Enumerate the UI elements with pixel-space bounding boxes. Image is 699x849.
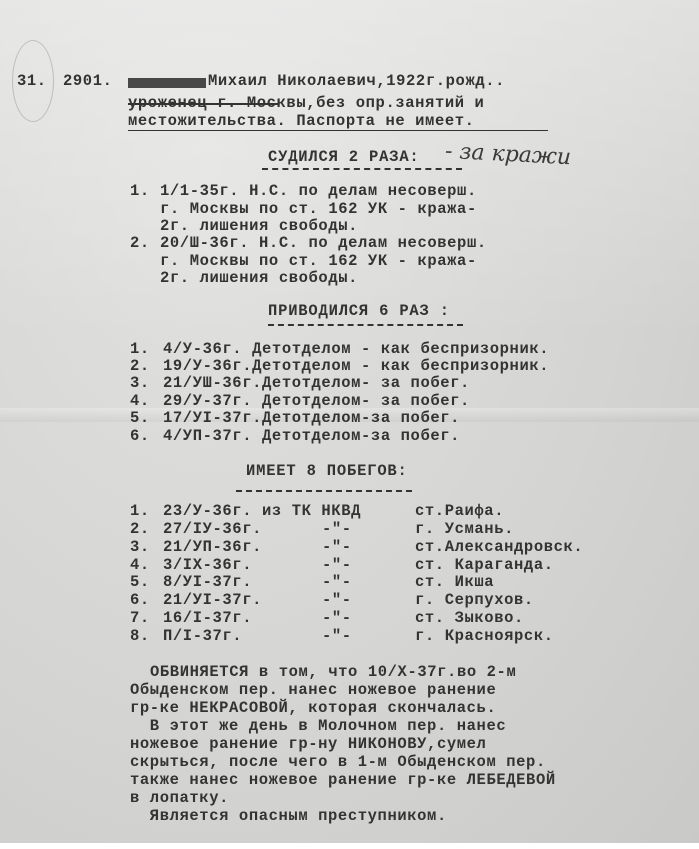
- case-number: 2901.: [63, 72, 113, 90]
- detention-2-number: 2.: [130, 357, 150, 375]
- escapes-title: ИМЕЕТ 8 ПОБЕГОВ:: [246, 462, 408, 480]
- handwritten-note: - за кражи: [444, 139, 571, 171]
- escape-7-place: ст. Зыково.: [415, 609, 524, 627]
- accusation-line-8: в лопатку.: [130, 789, 229, 807]
- scan-bottom-edge: [0, 843, 699, 849]
- convictions-title: СУДИЛСЯ 2 РАЗА:: [268, 148, 420, 166]
- detentions-underline: [268, 322, 463, 326]
- strike-through: [128, 103, 278, 105]
- accusation-line-5: ножевое ранение гр-ну НИКОНОВУ,сумел: [130, 735, 486, 753]
- escape-4-place: ст. Караганда.: [415, 556, 554, 574]
- conviction-2-line-1: 20/Ш-36г. Н.С. по делам несоверш.: [160, 234, 487, 252]
- escape-5-number: 5.: [130, 573, 150, 591]
- detentions-title: ПРИВОДИЛСЯ 6 РАЗ :: [268, 302, 450, 320]
- redacted-surname: [128, 78, 206, 88]
- conviction-1-line-3: 2г. лишения свободы.: [160, 217, 358, 235]
- escapes-underline: [236, 488, 412, 492]
- escape-3-number: 3.: [130, 538, 150, 556]
- accusation-line-4: В этот же день в Молочном пер. нанес: [130, 717, 506, 735]
- record-number: 31.: [17, 72, 47, 90]
- escape-3-place: ст.Александровск.: [415, 538, 583, 556]
- detention-1-text: 4/У-36г. Детотделом - как беспризорник.: [163, 340, 549, 358]
- escape-5-origin: -"-: [322, 573, 352, 591]
- accusation-line-1: ОБВИНЯЕТСЯ в том, что 10/Х-37г.во 2-м: [150, 663, 516, 681]
- detention-4-text: 29/У-37г. Детотделом- за побег.: [163, 392, 470, 410]
- header-line-3: местожительства. Паспорта не имеет.: [128, 112, 475, 130]
- detention-5-number: 5.: [130, 409, 150, 427]
- escape-6-place: г. Серпухов.: [415, 591, 534, 609]
- detention-6-number: 6.: [130, 427, 150, 445]
- detention-6-text: 4/УП-37г. Детотделом-за побег.: [163, 427, 460, 445]
- document-page: 31. 2901. Михаил Николаевич,1922г.рожд..…: [0, 0, 699, 843]
- escape-7-date: 16/I-37г.: [163, 609, 252, 627]
- conviction-2-line-3: 2г. лишения свободы.: [160, 269, 358, 287]
- detention-1-number: 1.: [130, 340, 150, 358]
- escape-1-number: 1.: [130, 502, 150, 520]
- detention-3-number: 3.: [130, 374, 150, 392]
- accusation-line-9: Является опасным преступником.: [130, 807, 447, 825]
- detention-3-text: 21/УШ-36г.Детотделом- за побег.: [163, 374, 470, 392]
- escape-1-place: ст.Раифа.: [415, 502, 504, 520]
- escape-7-number: 7.: [130, 609, 150, 627]
- escape-2-date: 27/IУ-36г.: [163, 520, 262, 538]
- escape-2-place: г. Усмань.: [415, 520, 514, 538]
- escape-6-date: 21/УI-37г.: [163, 591, 262, 609]
- escape-8-origin: -"-: [322, 627, 352, 645]
- escape-6-origin: -"-: [322, 591, 352, 609]
- escape-5-place: ст. Икша: [415, 573, 494, 591]
- accusation-line-3: гр-ке НЕКРАСОВОЙ, которая скончалась.: [130, 699, 496, 717]
- accusation-line-2: Обыденском пер. нанес ножевое ранение: [130, 681, 496, 699]
- header-line-1: Михаил Николаевич,1922г.рожд..: [208, 72, 505, 90]
- conviction-2-line-2: г. Москвы по ст. 162 УК - кража-: [160, 252, 477, 270]
- escape-3-origin: -"-: [322, 538, 352, 556]
- escape-1-origin: из ТК НКВД: [262, 502, 361, 520]
- conviction-1-line-2: г. Москвы по ст. 162 УК - кража-: [160, 200, 477, 218]
- detention-4-number: 4.: [130, 392, 150, 410]
- escape-4-date: 3/IX-36г.: [163, 556, 252, 574]
- conviction-2-number: 2.: [130, 234, 150, 252]
- header-underline: [128, 130, 548, 131]
- escape-3-date: 21/УП-36г.: [163, 538, 262, 556]
- escape-1-date: 23/У-36г.: [163, 502, 252, 520]
- accusation-line-6: скрыться, после чего в 1-м Обыденском пе…: [130, 753, 546, 771]
- accusation-line-7: также нанес ножевое ранение гр-ке ЛЕБЕДЕ…: [130, 771, 556, 789]
- escape-6-number: 6.: [130, 591, 150, 609]
- escape-7-origin: -"-: [322, 609, 352, 627]
- escape-2-origin: -"-: [322, 520, 352, 538]
- escape-8-date: П/I-37г.: [163, 627, 242, 645]
- convictions-underline: [262, 166, 462, 170]
- escape-2-number: 2.: [130, 520, 150, 538]
- detention-2-text: 19/У-36г.Детотделом - как беспризорник.: [163, 357, 549, 375]
- escape-8-number: 8.: [130, 627, 150, 645]
- escape-8-place: г. Красноярск.: [415, 627, 554, 645]
- conviction-1-line-1: 1/1-35г. Н.С. по делам несоверш.: [160, 182, 477, 200]
- escape-5-date: 8/УI-37г.: [163, 573, 252, 591]
- conviction-1-number: 1.: [130, 182, 150, 200]
- escape-4-origin: -"-: [322, 556, 352, 574]
- detention-5-text: 17/УI-37г.Детотделом-за побег.: [163, 409, 460, 427]
- escape-4-number: 4.: [130, 556, 150, 574]
